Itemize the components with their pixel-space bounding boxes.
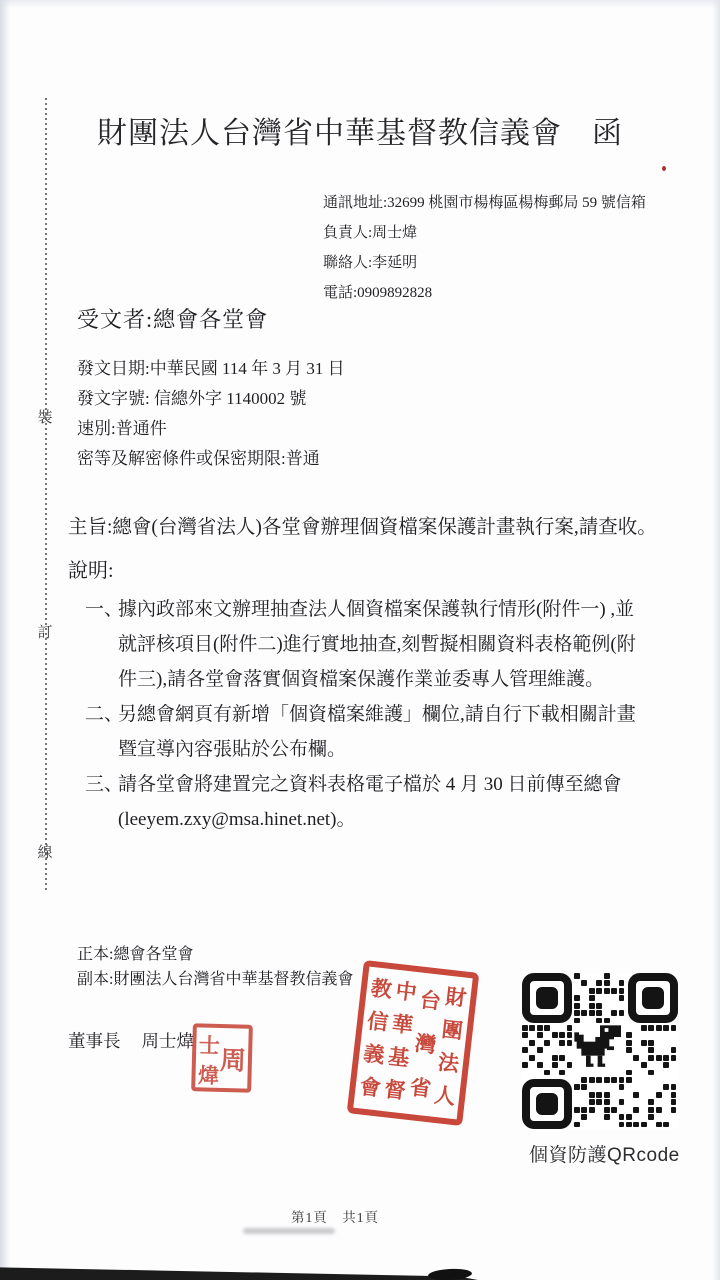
doc-meta-block: 發文日期:中華民國 114 年 3 月 31 日 發文字號: 信總外字 1140…: [77, 354, 345, 474]
issue-date: 發文日期:中華民國 114 年 3 月 31 日: [77, 354, 345, 384]
seal-char: 華: [391, 1014, 414, 1037]
qr-finder-icon: [522, 973, 572, 1023]
explanation-item-1: 一、 據內政部來文辦理抽查法人個資檔案保護執行情形(附件一) ,並 就評核項目(…: [85, 592, 670, 697]
sender-info-block: 通訊地址:32699 桃園市楊梅區楊梅郵局 59 號信箱 負責人:周士煒 聯絡人…: [323, 188, 646, 308]
seal-char: 人: [433, 1085, 456, 1108]
seal-char: 信: [366, 1011, 389, 1034]
page-indicator: 第1頁 共1頁: [250, 1206, 420, 1226]
item-number: 二、: [85, 697, 118, 732]
seal-char: 煒: [198, 1059, 220, 1090]
sender-address: 通訊地址:32699 桃園市楊梅區楊梅郵局 59 號信箱: [323, 188, 646, 218]
doc-number: 發文字號: 信總外字 1140002 號: [77, 384, 345, 414]
seal-char: 周: [219, 1030, 246, 1087]
copy-cc: 副本:財團法人台灣省中華基督教信義會: [77, 967, 353, 992]
qr-code: [522, 973, 678, 1129]
seal-char: 團: [441, 1019, 464, 1042]
seal-char: 中: [395, 981, 418, 1004]
copies-block: 正本:總會各堂會 副本:財團法人台灣省中華基督教信義會: [77, 942, 353, 992]
seal-char-column: 士 煒: [197, 1029, 220, 1086]
copy-original: 正本:總會各堂會: [77, 942, 353, 967]
scanned-official-letter: 裝 訂 線 財團法人台灣省中華基督教信義會函 通訊地址:32699 桃園市楊梅區…: [0, 0, 720, 1280]
organization-name: 財團法人台灣省中華基督教信義會: [97, 117, 562, 150]
explanation-label: 說明:: [68, 554, 114, 583]
item-number: 一、: [85, 592, 118, 627]
doc-type-label: 函: [592, 117, 623, 150]
scan-edge-top: [0, 0, 720, 8]
explanation-item-3: 三、 請各堂會將建置完之資料表格電子檔於 4 月 30 日前傳至總會 (leey…: [85, 767, 670, 837]
qr-caption: 個資防護QRcode: [529, 1140, 680, 1167]
contact-person: 聯絡人:李延明: [323, 248, 646, 278]
explanation-item-2: 二、 另總會網頁有新增「個資檔案維護」欄位,請自行下載相關計畫 暨宣導內容張貼於…: [85, 697, 670, 767]
recipient-line: 受文者:總會各堂會: [77, 303, 268, 334]
seal-char: 教: [370, 978, 393, 1001]
seal-char: 法: [437, 1052, 460, 1075]
speed-class: 速別:普通件: [77, 414, 345, 444]
responsible-person: 負責人:周士煒: [323, 218, 646, 248]
binding-mark-xian: 線: [32, 841, 58, 862]
seal-char: 士: [198, 1029, 220, 1060]
binding-mark-ding: 訂: [32, 621, 58, 642]
qr-finder-icon: [628, 973, 678, 1023]
scan-smudge: [243, 1228, 335, 1234]
phone-number: 電話:0909892828: [323, 278, 646, 308]
scan-artifact-bottom: [0, 1266, 478, 1280]
chairman-title: 董事長: [68, 1031, 121, 1051]
seal-char: 督: [383, 1079, 406, 1102]
item-text: 據內政部來文辦理抽查法人個資檔案保護執行情形(附件一) ,並 就評核項目(附件二…: [118, 592, 636, 697]
seal-char: 會: [359, 1076, 382, 1099]
seal-char: 義: [362, 1044, 385, 1067]
scan-edge-left: [0, 0, 10, 1280]
seal-char: 財: [444, 986, 467, 1009]
item-number: 三、: [85, 767, 118, 802]
binding-mark-zhuang: 裝: [32, 406, 58, 427]
security-class: 密等及解密條件或保密期限:普通: [77, 444, 345, 474]
item-text: 另總會網頁有新增「個資檔案維護」欄位,請自行下載相關計畫 暨宣導內容張貼於公布欄…: [118, 697, 636, 767]
explanation-items: 一、 據內政部來文辦理抽查法人個資檔案保護執行情形(附件一) ,並 就評核項目(…: [85, 592, 670, 837]
item-text: 請各堂會將建置完之資料表格電子檔於 4 月 30 日前傳至總會 (leeyem.…: [118, 767, 622, 837]
dino-icon: [574, 1023, 626, 1079]
seal-char: 台: [419, 989, 442, 1012]
personal-seal-stamp: 周 士 煒: [191, 1023, 253, 1093]
scan-edge-right: [712, 0, 720, 1280]
qr-finder-icon: [522, 1079, 572, 1129]
seal-char: 灣: [414, 1033, 437, 1056]
signature-line: 董事長周士煒: [68, 1028, 194, 1053]
subject-line: 主旨:總會(台灣省法人)各堂會辦理個資檔案保護計畫執行案,請查收。: [68, 511, 678, 539]
page-title: 財團法人台灣省中華基督教信義會函: [0, 108, 720, 152]
chairman-name: 周士煒: [142, 1031, 195, 1051]
seal-char: 基: [387, 1046, 410, 1069]
red-ink-speck: [662, 166, 666, 171]
organization-seal-stamp: 財 團 法 人 台 灣 省 中 華 基 督 教 信 義 會: [347, 960, 480, 1126]
seal-char: 省: [409, 1077, 432, 1100]
binding-dotted-line: [45, 98, 47, 890]
